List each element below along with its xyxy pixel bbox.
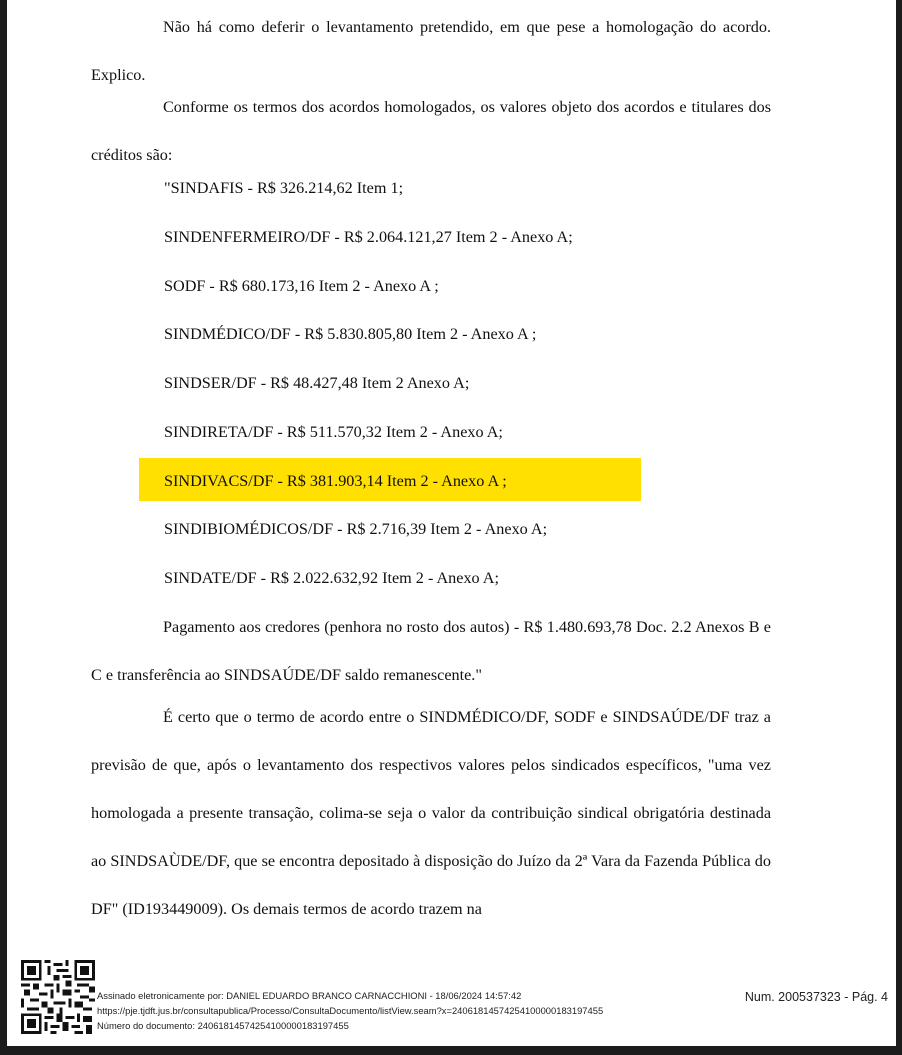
page-number: Num. 200537323 - Pág. 4 bbox=[745, 990, 888, 1004]
paragraph-agreement: É certo que o termo de acordo entre o SI… bbox=[91, 693, 771, 933]
document-url-link[interactable]: https://pje.tjdft.jus.br/consultapublica… bbox=[97, 1005, 603, 1017]
credit-item: SINDIRETA/DF - R$ 511.570,32 Item 2 - An… bbox=[164, 422, 503, 442]
credit-item: SINDENFERMEIRO/DF - R$ 2.064.121,27 Item… bbox=[164, 227, 573, 247]
credit-item: SINDIBIOMÉDICOS/DF - R$ 2.716,39 Item 2 … bbox=[164, 519, 547, 539]
credit-item: SINDSER/DF - R$ 48.427,48 Item 2 Anexo A… bbox=[164, 373, 469, 393]
credit-item: SINDATE/DF - R$ 2.022.632,92 Item 2 - An… bbox=[164, 568, 499, 588]
credit-item: "SINDAFIS - R$ 326.214,62 Item 1; bbox=[164, 178, 403, 198]
document-number: Número do documento: 2406181457425410000… bbox=[97, 1020, 349, 1032]
paragraph-payment: Pagamento aos credores (penhora no rosto… bbox=[91, 603, 771, 699]
credit-item-highlighted: SINDIVACS/DF - R$ 381.903,14 Item 2 - An… bbox=[164, 471, 507, 491]
credit-item: SINDMÉDICO/DF - R$ 5.830.805,80 Item 2 -… bbox=[164, 324, 536, 344]
credit-item: SODF - R$ 680.173,16 Item 2 - Anexo A ; bbox=[164, 276, 439, 296]
document-page: Não há como deferir o levantamento prete… bbox=[7, 0, 896, 1046]
paragraph-terms: Conforme os termos dos acordos homologad… bbox=[91, 83, 771, 179]
qr-code-icon bbox=[20, 960, 96, 1034]
signature-line: Assinado eletronicamente por: DANIEL EDU… bbox=[97, 990, 521, 1002]
